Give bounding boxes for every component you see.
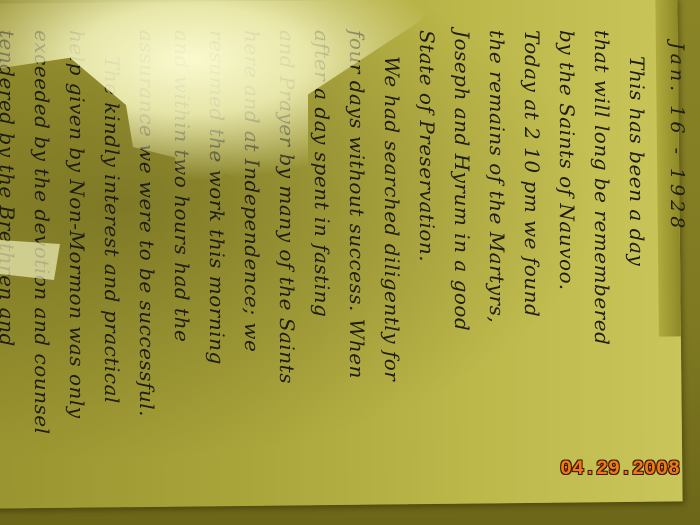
letter-line: that will long be remembered: [584, 30, 619, 520]
letter-line: We had searched diligently for: [374, 30, 409, 520]
letter-line: help given by Non-Mormon was only: [59, 30, 94, 520]
letter-date: Jan. 16 - 1928: [654, 30, 700, 520]
handwritten-letter: Jan. 16 - 1928 This has been a day that …: [0, 30, 700, 520]
letter-line: by the Saints of Nauvoo.: [549, 30, 584, 520]
letter-line: resumed the work this morning: [199, 30, 234, 520]
letter-line: four days without success. When: [339, 30, 374, 520]
letter-line: assurance we were to be successful.: [129, 30, 164, 520]
letter-line: the remains of the Martyrs,: [479, 30, 514, 520]
camera-date-stamp: 04.29.2008: [560, 458, 680, 481]
letter-line: This has been a day: [619, 30, 654, 520]
letter-line: Joseph and Hyrum in a good: [444, 30, 479, 520]
letter-line: The kindly interest and practical: [94, 30, 129, 520]
letter-line: and Prayer by many of the Saints: [269, 30, 304, 520]
letter-line: after a day spent in fasting: [304, 30, 339, 520]
letter-line: State of Preservation.: [409, 30, 444, 520]
letter-line: Today at 2 10 pm we found: [514, 30, 549, 520]
photo-scene: Jan. 16 - 1928 This has been a day that …: [0, 0, 700, 525]
glass-glare-fragment: [0, 240, 60, 280]
letter-line: here and at Independence; we: [234, 30, 269, 520]
letter-line: and within two hours had the: [164, 30, 199, 520]
